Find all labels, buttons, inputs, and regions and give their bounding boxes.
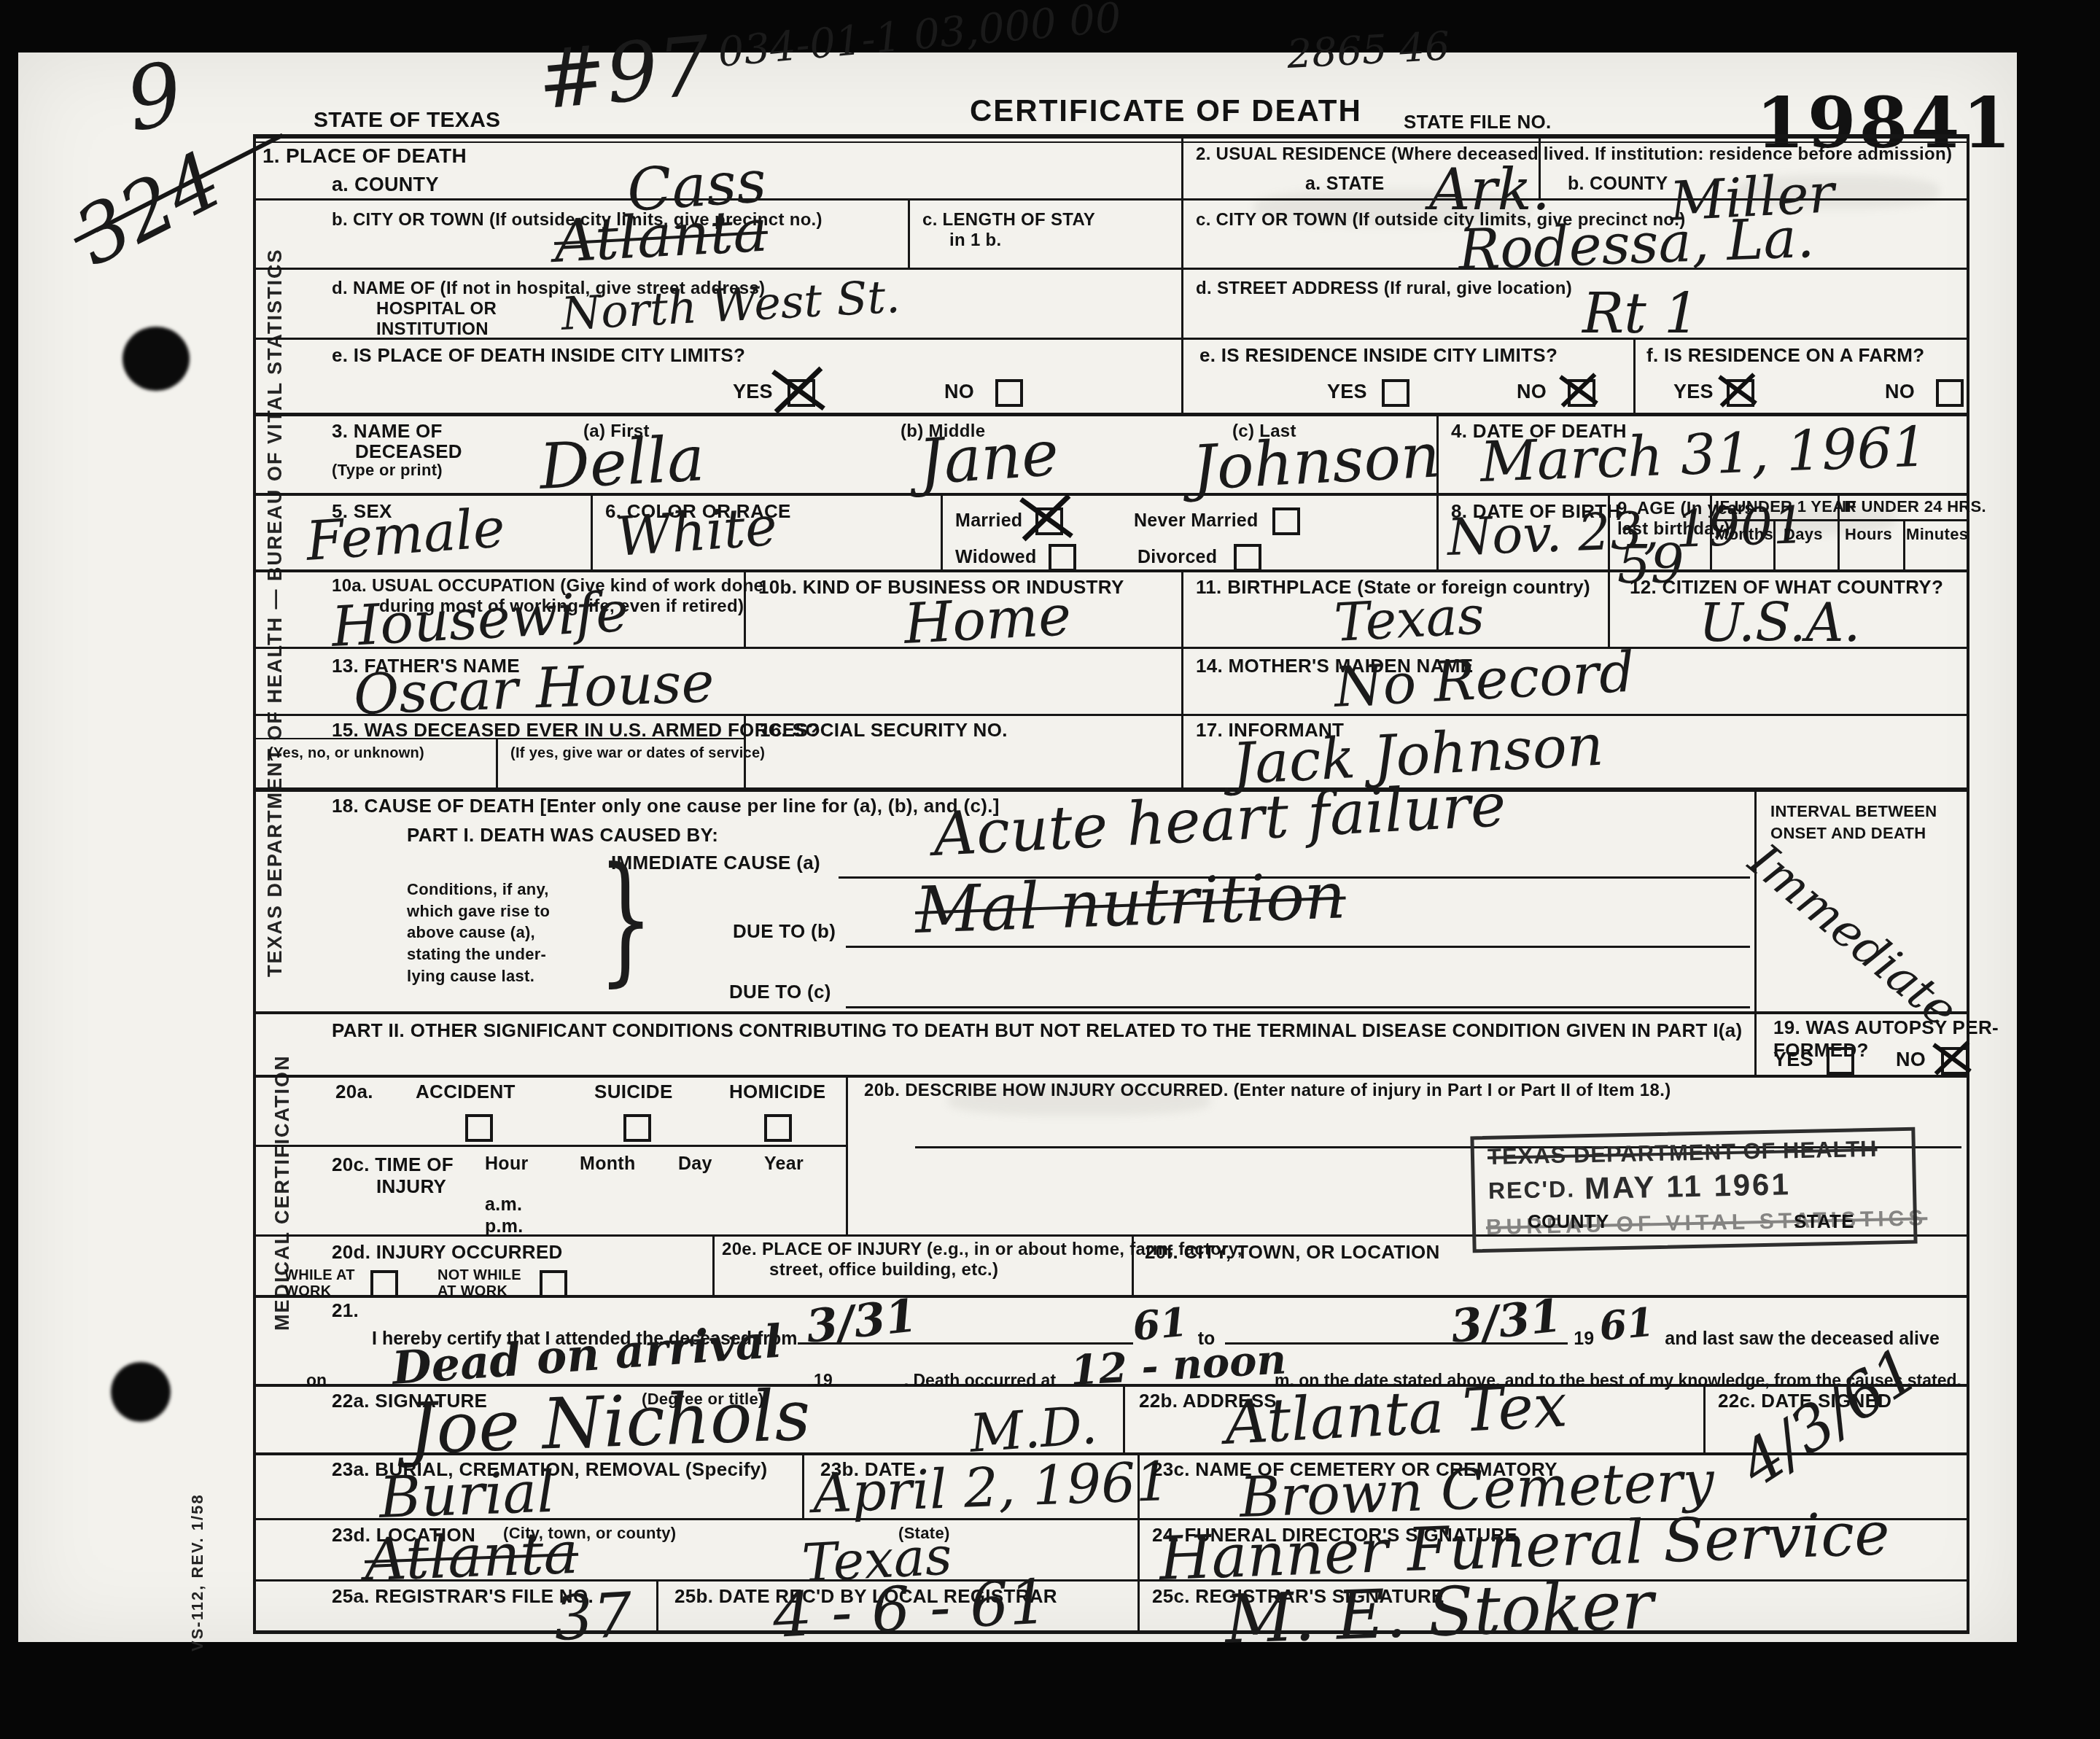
field-5-value: Female xyxy=(304,501,506,569)
field-19-yes-label: YES xyxy=(1773,1049,1813,1071)
line xyxy=(1967,134,1969,1633)
field-22a-signature-value: Joe Nichols xyxy=(407,1380,812,1464)
field-9-under1-label: IF UNDER 1 YEAR xyxy=(1715,497,1856,516)
field-14-value: No Record xyxy=(1333,644,1636,715)
scanned-death-certificate: TEXAS DEPARTMENT OF HEALTH — BUREAU OF V… xyxy=(0,0,2100,1739)
line xyxy=(802,1452,804,1518)
checkbox-1e-no xyxy=(995,379,1023,407)
field-22a-degree-value: M.D. xyxy=(968,1398,1098,1460)
field-1c-label2: in 1 b. xyxy=(949,230,1001,251)
checkbox-20a-accident xyxy=(465,1114,493,1142)
line xyxy=(496,738,498,787)
line xyxy=(712,1234,715,1295)
field-19-no-label: NO xyxy=(1896,1049,1926,1071)
line xyxy=(1633,338,1636,413)
field-20a-suicide-label: SUICIDE xyxy=(594,1081,673,1103)
field-20f-county-label: COUNTY xyxy=(1528,1210,1609,1233)
cert-number-annotation: #97 xyxy=(534,26,713,122)
punch-hole-top xyxy=(122,327,190,391)
field-20e-label2: street, office building, etc.) xyxy=(769,1260,998,1280)
field-20d-notwhile-label1: NOT WHILE xyxy=(437,1267,521,1284)
field-2d-label: d. STREET ADDRESS (If rural, give locati… xyxy=(1196,279,1572,299)
line xyxy=(1754,787,1757,1075)
field-1e-label: e. IS PLACE OF DEATH INSIDE CITY LIMITS? xyxy=(332,344,745,367)
checkmark-19-no xyxy=(1937,1043,1967,1073)
field-20f-label: 20f. CITY, TOWN, OR LOCATION xyxy=(1145,1241,1440,1264)
checkbox-2e-yes xyxy=(1382,379,1409,407)
field-20c-label2: INJURY xyxy=(376,1175,446,1198)
field-20c-month-label: Month xyxy=(580,1154,635,1175)
field-20b-label: 20b. DESCRIBE HOW INJURY OCCURRED. (Ente… xyxy=(864,1081,1671,1101)
field-9-under24-label: IF UNDER 24 HRS. xyxy=(1842,497,1986,516)
checkmark-2e-no xyxy=(1564,376,1593,405)
checkbox-7-divorced xyxy=(1234,544,1261,572)
field-20a-homicide-label: HOMICIDE xyxy=(729,1081,825,1103)
certify-text-death-occurred: . Death occurred at xyxy=(904,1371,1056,1390)
field-7-widowed-label: Widowed xyxy=(955,547,1037,568)
field-9-months-label: Months xyxy=(1715,525,1773,544)
line xyxy=(846,1075,848,1234)
checkmark-7-married xyxy=(1032,503,1061,532)
field-18-due-b-label: DUE TO (b) xyxy=(733,920,836,943)
field-12-value: U.S.A. xyxy=(1699,596,1860,649)
field-25c-value: M. E. Stoker xyxy=(1224,1572,1654,1654)
field-1d-label3: INSTITUTION xyxy=(376,319,489,340)
field-20d-while-label2: WORK xyxy=(284,1283,332,1300)
field-2e-no-label: NO xyxy=(1517,381,1547,403)
field-10a-value: Housewife xyxy=(330,584,630,655)
attended-from-year: 61 xyxy=(1131,1302,1189,1346)
field-2a-label: a. STATE xyxy=(1305,174,1384,195)
field-23b-value: April 2, 1961 xyxy=(812,1455,1171,1521)
line xyxy=(941,493,943,569)
checkbox-20a-homicide xyxy=(764,1114,792,1142)
field-20c-hour-label: Hour xyxy=(485,1154,529,1175)
stamp-agency: TEXAS DEPARTMENT OF HEALTH xyxy=(1487,1136,1878,1170)
line xyxy=(253,1011,1969,1014)
field-2f-label: f. IS RESIDENCE ON A FARM? xyxy=(1646,344,1924,367)
line xyxy=(1181,134,1183,413)
field-13-value: Oscar House xyxy=(353,655,715,723)
field-20c-year-label: Year xyxy=(764,1154,804,1175)
attended-to-value: 3/31 xyxy=(1449,1293,1564,1350)
field-18-part1-label: PART I. DEATH WAS CAUSED BY: xyxy=(407,824,718,847)
field-18-due-c-label: DUE TO (c) xyxy=(729,981,831,1003)
certify-text-19: 19 xyxy=(1568,1328,1600,1350)
field-7-never-married-label: Never Married xyxy=(1134,510,1259,532)
punch-hole-bottom xyxy=(111,1362,171,1422)
field-1d-label2: HOSPITAL OR xyxy=(376,299,497,319)
field-1e-no-label: NO xyxy=(944,381,974,403)
field-7-divorced-label: Divorced xyxy=(1137,547,1217,568)
received-stamp: TEXAS DEPARTMENT OF HEALTH REC'D. MAY 11… xyxy=(1470,1127,1917,1253)
line xyxy=(253,141,1969,143)
field-18-interval-label: INTERVAL BETWEEN ONSET AND DEATH xyxy=(1770,801,1937,844)
field-2-label: 2. USUAL RESIDENCE (Where deceased lived… xyxy=(1196,144,1952,165)
checkmark-1e-yes xyxy=(784,376,813,405)
field-20a-label: 20a. xyxy=(335,1081,373,1103)
field-7-married-label: Married xyxy=(955,510,1022,532)
cause-b-writing-line xyxy=(846,946,1750,948)
field-15-label: 15. WAS DECEASED EVER IN U.S. ARMED FORC… xyxy=(332,719,820,742)
line xyxy=(253,1145,846,1147)
line xyxy=(253,569,1969,572)
line xyxy=(591,493,593,569)
line xyxy=(1123,1384,1125,1452)
field-18-label: 18. CAUSE OF DEATH [Enter only one cause… xyxy=(332,795,1000,817)
line xyxy=(253,1630,1969,1634)
field-1c-label: c. LENGTH OF STAY xyxy=(922,210,1095,230)
field-20d-label: 20d. INJURY OCCURRED xyxy=(332,1241,563,1264)
checkbox-7-widowed xyxy=(1049,544,1076,572)
field-25b-value: 4 - 6 - 61 xyxy=(771,1571,1049,1646)
line xyxy=(908,198,910,268)
field-2f-yes-label: YES xyxy=(1673,381,1714,403)
line xyxy=(253,413,1969,416)
line xyxy=(253,338,1969,340)
year-blank xyxy=(839,1358,904,1386)
field-16-label: 16. SOCIAL SECURITY NO. xyxy=(760,719,1008,742)
code-annotation-right: 2865 46 xyxy=(1286,26,1451,74)
field-18-part2-label: PART II. OTHER SIGNIFICANT CONDITIONS CO… xyxy=(332,1019,1743,1042)
field-20c-am-label: a.m. xyxy=(485,1194,522,1215)
attended-from-blank: 3/31 xyxy=(798,1316,1133,1345)
line xyxy=(253,134,1969,139)
field-4-value: March 31, 1961 xyxy=(1479,419,1929,490)
attended-from-value: 3/31 xyxy=(804,1293,919,1350)
field-25a-value: 37 xyxy=(553,1584,634,1649)
stamp-recd: REC'D. xyxy=(1488,1175,1576,1204)
field-3-last-value: Johnson xyxy=(1191,424,1442,499)
field-3-middle-value: Jane xyxy=(917,422,1061,494)
field-2f-no-label: NO xyxy=(1885,381,1915,403)
certify-text-on: on xyxy=(306,1371,327,1390)
field-20a-accident-label: ACCIDENT xyxy=(416,1081,516,1103)
field-2e-label: e. IS RESIDENCE INSIDE CITY LIMITS? xyxy=(1199,344,1557,367)
state-file-no-label: STATE FILE NO. xyxy=(1404,111,1552,133)
field-18-conditions-note: Conditions, if any, which gave rise to a… xyxy=(407,879,550,987)
field-2e-yes-label: YES xyxy=(1327,381,1367,403)
field-3-label: 3. NAME OF xyxy=(332,420,443,443)
state-heading: STATE OF TEXAS xyxy=(314,108,500,133)
field-1e-yes-label: YES xyxy=(733,381,773,403)
field-20f-state-label: STATE xyxy=(1794,1210,1854,1233)
death-time-blank: 12 - noon xyxy=(1056,1358,1275,1386)
checkbox-20d-while-at-work xyxy=(370,1270,398,1298)
field-1-label: 1. PLACE OF DEATH xyxy=(262,144,467,168)
death-time-value: 12 - noon xyxy=(1070,1339,1288,1391)
field-3-first-value: Della xyxy=(538,427,706,499)
field-18-due-b-value: Mal nutrition xyxy=(914,863,1346,943)
field-1b-value: Atlanta xyxy=(553,202,769,271)
line xyxy=(1903,519,1905,569)
field-3-label3: (Type or print) xyxy=(332,461,443,480)
field-20c-pm-label: p.m. xyxy=(485,1216,524,1237)
line xyxy=(253,134,256,1633)
checkmark-2f-yes xyxy=(1723,376,1752,405)
checkbox-7-never-married xyxy=(1272,507,1300,535)
field-15-sub1-label: (Yes, no, or unknown) xyxy=(268,745,424,762)
field-2c-value: Rodessa, La. xyxy=(1458,210,1816,278)
field-10b-value: Home xyxy=(903,588,1073,652)
certify-text-19b: 19 xyxy=(808,1371,839,1390)
field-23d-city-value: Atlanta xyxy=(364,1524,580,1590)
field-15-sub2-label: (If yes, give war or dates of service) xyxy=(510,745,765,762)
field-20d-while-label1: WHILE AT xyxy=(284,1267,355,1284)
cause-c-writing-line xyxy=(846,1006,1750,1008)
line xyxy=(253,1075,1969,1078)
field-1a-label: a. COUNTY xyxy=(332,174,439,196)
attended-to-year: 61 xyxy=(1598,1302,1656,1346)
line xyxy=(253,1295,1969,1298)
form-number: VS-112, REV. 1/58 xyxy=(188,1487,207,1652)
field-3-label2: DECEASED xyxy=(355,440,462,463)
line xyxy=(656,1579,658,1630)
field-20d-notwhile-label2: AT WORK xyxy=(437,1283,507,1300)
field-9-hours-label: Hours xyxy=(1845,525,1892,544)
field-20c-day-label: Day xyxy=(678,1154,712,1175)
field-9-days-label: Days xyxy=(1784,525,1823,544)
conditions-brace: } xyxy=(598,839,653,1000)
field-22b-value: Atlanta Tex xyxy=(1224,1376,1568,1453)
checkbox-19-yes xyxy=(1827,1047,1854,1075)
field-2d-value: Rt 1 xyxy=(1582,286,1699,341)
field-21-number: 21. xyxy=(332,1299,359,1322)
stamp-date: MAY 11 1961 xyxy=(1584,1167,1791,1206)
line xyxy=(1181,569,1183,787)
field-23a-value: Burial xyxy=(378,1464,556,1527)
field-6-value: White xyxy=(614,499,779,564)
document-title: CERTIFICATE OF DEATH xyxy=(970,93,1362,128)
line xyxy=(1703,1384,1706,1452)
field-2b-label: b. COUNTY xyxy=(1568,174,1668,195)
field-11-value: Texas xyxy=(1333,588,1485,649)
margin-agency-text: TEXAS DEPARTMENT OF HEALTH — BUREAU OF V… xyxy=(264,343,287,977)
checkbox-20d-not-while-at-work xyxy=(540,1270,567,1298)
checkbox-20a-suicide xyxy=(623,1114,651,1142)
checkbox-2f-no xyxy=(1936,379,1964,407)
field-20c-label: 20c. TIME OF xyxy=(332,1154,454,1176)
field-9-minutes-label: Minutes xyxy=(1906,525,1968,544)
